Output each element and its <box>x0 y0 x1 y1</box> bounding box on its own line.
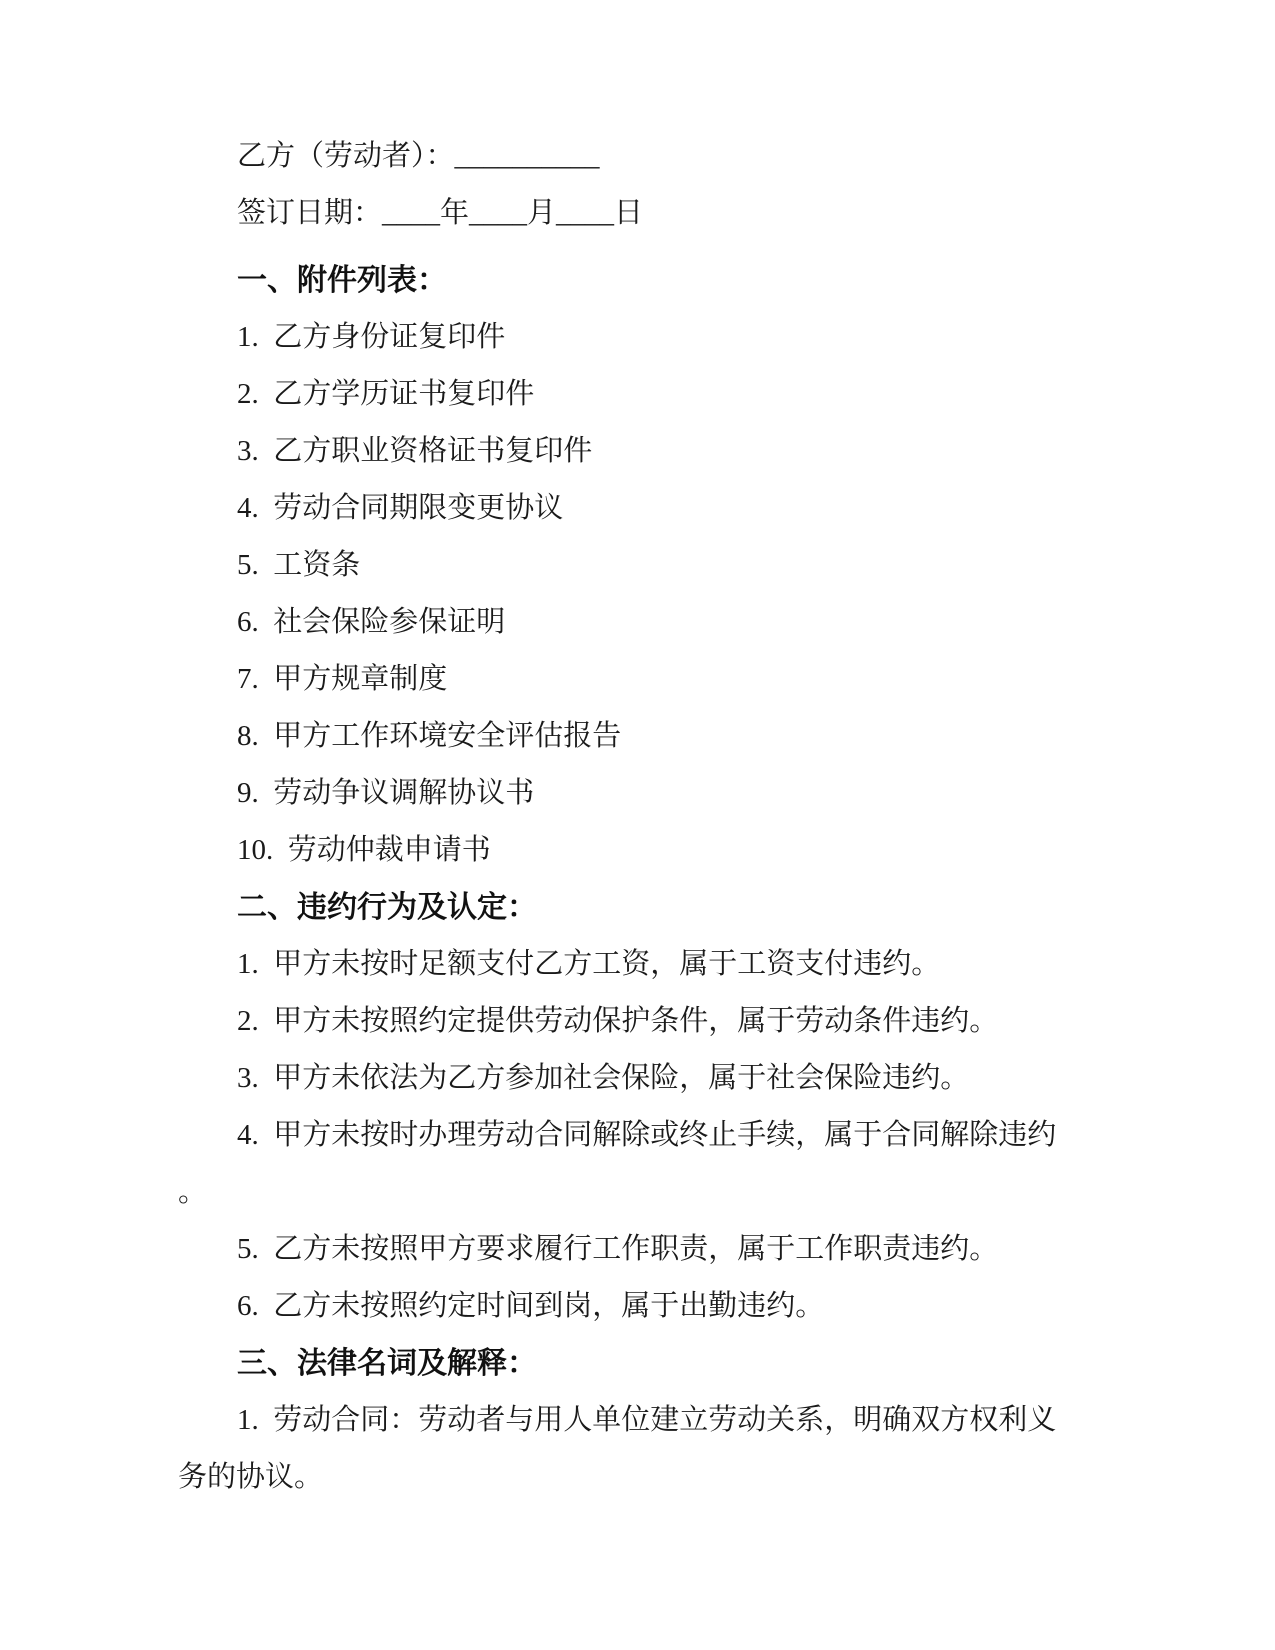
attachment-item-3: 3. 乙方职业资格证书复印件 <box>178 423 1125 480</box>
attachment-item-10: 10. 劳动仲裁申请书 <box>178 822 1125 879</box>
breach-item-4: 4. 甲方未按时办理劳动合同解除或终止手续，属于合同解除违约 <box>178 1107 1125 1164</box>
party-b-line: 乙方（劳动者）：__________ <box>178 128 1125 185</box>
breach-item-2: 2. 甲方未按照约定提供劳动保护条件，属于劳动条件违约。 <box>178 993 1125 1050</box>
breach-section-heading: 二、违约行为及认定： <box>178 879 1125 936</box>
sign-date-label: 签订日期： <box>237 185 382 242</box>
attachment-item-1: 1. 乙方身份证复印件 <box>178 309 1125 366</box>
sign-date-blanks: ____年____月____日 <box>382 185 643 242</box>
party-b-label: 乙方（劳动者）： <box>237 128 455 185</box>
party-b-blank: __________ <box>455 128 600 185</box>
breach-item-3: 3. 甲方未依法为乙方参加社会保险，属于社会保险违约。 <box>178 1050 1125 1107</box>
attachment-item-9: 9. 劳动争议调解协议书 <box>178 765 1125 822</box>
document-page: 乙方（劳动者）：__________ 签订日期：____年____月____日 … <box>0 0 1275 1650</box>
attachment-item-8: 8. 甲方工作环境安全评估报告 <box>178 708 1125 765</box>
term-item-1-continuation: 务的协议。 <box>178 1449 1125 1506</box>
breach-item-4-continuation: 。 <box>178 1164 1125 1221</box>
document-content: 乙方（劳动者）：__________ 签订日期：____年____月____日 … <box>0 0 1275 1506</box>
breach-item-1: 1. 甲方未按时足额支付乙方工资，属于工资支付违约。 <box>178 936 1125 993</box>
attachment-item-2: 2. 乙方学历证书复印件 <box>178 366 1125 423</box>
breach-item-6: 6. 乙方未按照约定时间到岗，属于出勤违约。 <box>178 1278 1125 1335</box>
term-item-1: 1. 劳动合同：劳动者与用人单位建立劳动关系，明确双方权利义 <box>178 1392 1125 1449</box>
breach-item-5: 5. 乙方未按照甲方要求履行工作职责，属于工作职责违约。 <box>178 1221 1125 1278</box>
attachment-item-6: 6. 社会保险参保证明 <box>178 594 1125 651</box>
terms-section-heading: 三、法律名词及解释： <box>178 1335 1125 1392</box>
attachment-item-5: 5. 工资条 <box>178 537 1125 594</box>
attachments-section-heading: 一、附件列表： <box>178 252 1125 309</box>
attachment-item-7: 7. 甲方规章制度 <box>178 651 1125 708</box>
attachment-item-4: 4. 劳动合同期限变更协议 <box>178 480 1125 537</box>
sign-date-line: 签订日期：____年____月____日 <box>178 185 1125 242</box>
